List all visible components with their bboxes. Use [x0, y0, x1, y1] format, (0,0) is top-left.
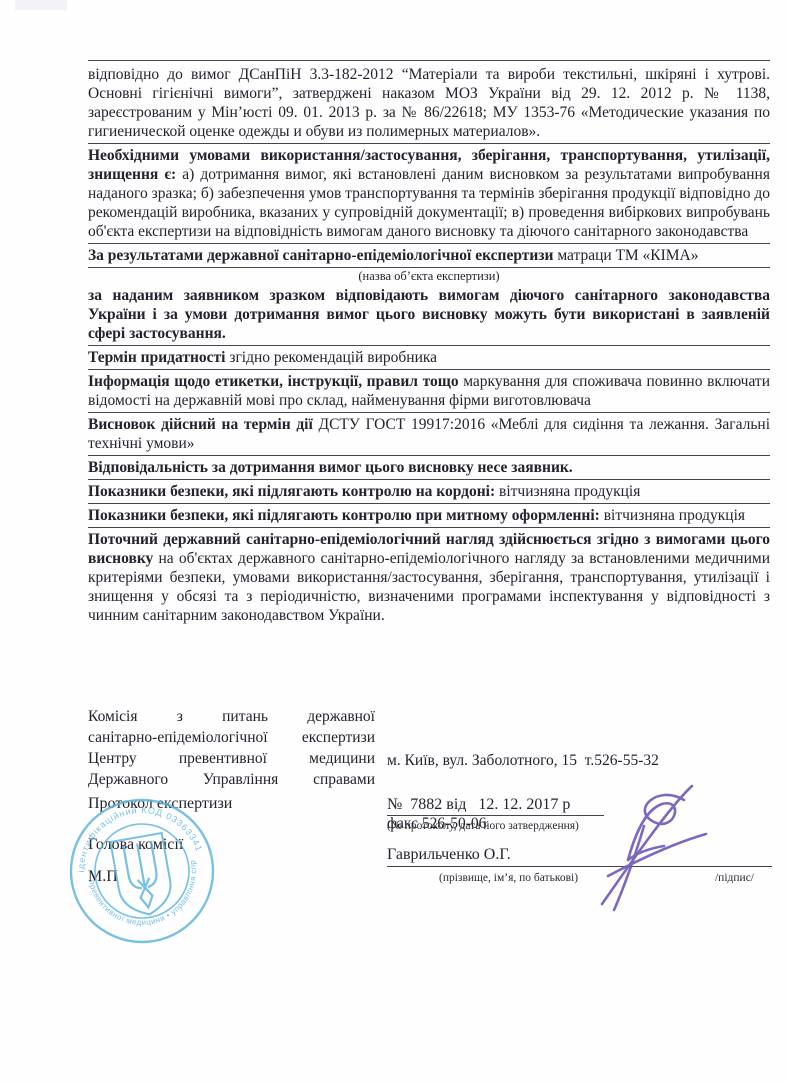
commission-line: Центру превентивної медицини — [88, 748, 375, 769]
commission-block: Комісія з питань державної санітарно-епі… — [88, 706, 375, 790]
protocol-label: Протокол експертизи — [88, 795, 232, 813]
shelf-life-lead: Термін придатності — [88, 349, 225, 366]
section-validity: Висновок дійсний на термін дії ДСТУ ГОСТ… — [88, 413, 770, 456]
expertise-object-paragraph: За результатами державної санітарно-епід… — [88, 246, 770, 265]
conditions-text: а) дотримання вимог, які встановлені дан… — [88, 166, 770, 240]
protocol-number-field: № 7882 від 12. 12. 2017 р — [387, 796, 604, 816]
label-info-lead: Інформація щодо етикетки, інструкції, пр… — [88, 373, 459, 390]
scan-artifact — [15, 0, 67, 10]
customs-control-lead: Показники безпеки, які підлягають контро… — [88, 507, 600, 524]
validity-lead: Висновок дійсний на термін дії — [88, 416, 313, 433]
supervision-paragraph: Поточний державний санітарно-епідеміолог… — [88, 530, 770, 625]
border-control-lead: Показники безпеки, які підлягають контро… — [88, 483, 495, 500]
section-label-info: Інформація щодо етикетки, інструкції, пр… — [88, 370, 770, 413]
conditions-paragraph: Необхідними умовами використання/застосу… — [88, 146, 770, 241]
commission-line: Державного Управління справами — [88, 769, 375, 790]
section-border-control: Показники безпеки, які підлягають контро… — [88, 480, 770, 504]
label-info-paragraph: Інформація щодо етикетки, інструкції, пр… — [88, 372, 770, 410]
signature-captions: (прізвище, ім’я, по батькові) /підпис/ — [387, 872, 772, 884]
chairman-label: Голова комісії — [88, 836, 183, 854]
conclusion-text: за наданим заявником зразком відповідают… — [88, 287, 770, 342]
expertise-object-value: матраци ТМ «КІМА» — [553, 247, 698, 264]
responsibility-text: Відповідальність за дотримання вимог цьо… — [88, 459, 573, 476]
conclusion-paragraph: за наданим заявником зразком відповідают… — [88, 286, 770, 343]
border-control-value: вітчизняна продукція — [495, 483, 640, 500]
stamp-ring-text-bottom: • Центр превентивної медицини • управлін… — [86, 854, 207, 936]
intro-paragraph: відповідно до вимог ДСанПіН 3.3-182-2012… — [88, 65, 770, 141]
customs-control-paragraph: Показники безпеки, які підлягають контро… — [88, 506, 770, 525]
section-shelf-life: Термін придатності згідно рекомендацій в… — [88, 346, 770, 370]
responsibility-paragraph: Відповідальність за дотримання вимог цьо… — [88, 458, 770, 477]
section-customs-control: Показники безпеки, які підлягають контро… — [88, 504, 770, 528]
section-responsibility: Відповідальність за дотримання вимог цьо… — [88, 456, 770, 480]
border-control-paragraph: Показники безпеки, які підлягають контро… — [88, 482, 770, 501]
chairman-name-field: Гаврильченко О.Г. — [387, 846, 772, 867]
protocol-caption: (№ протоколу, дата його затвердження) — [387, 820, 579, 832]
commission-line: санітарно-епідеміологічної експертизи — [88, 727, 375, 748]
section-conditions: Необхідними умовами використання/застосу… — [88, 144, 770, 244]
expertise-form-body: відповідно до вимог ДСанПіН 3.3-182-2012… — [88, 60, 770, 625]
validity-paragraph: Висновок дійсний на термін дії ДСТУ ГОСТ… — [88, 415, 770, 453]
full-name-caption: (прізвище, ім’я, по батькові) — [439, 872, 578, 884]
section-supervision: Поточний державний санітарно-епідеміолог… — [88, 528, 770, 625]
address-line: м. Київ, вул. Заболотного, 15 т.526-55-3… — [387, 750, 727, 771]
section-expertise-object: За результатами державної санітарно-епід… — [88, 244, 770, 268]
stamp-outer-ring — [60, 789, 225, 954]
section-intro: відповідно до вимог ДСанПіН 3.3-182-2012… — [88, 60, 770, 144]
shelf-life-value: згідно рекомендацій виробника — [225, 349, 437, 366]
signature-caption: /підпис/ — [715, 872, 754, 884]
section-conclusion: за наданим заявником зразком відповідают… — [88, 284, 770, 346]
expertise-object-caption: (назва об’єкта експертизи) — [88, 268, 770, 284]
customs-control-value: вітчизняна продукція — [600, 507, 745, 524]
commission-line: Комісія з питань державної — [88, 706, 375, 727]
expertise-object-lead: За результатами державної санітарно-епід… — [88, 247, 553, 264]
seal-place-label: М.П — [88, 868, 118, 886]
svg-text:• Центр превентивної медицини: • Центр превентивної медицини • управлін… — [86, 854, 207, 936]
supervision-text: на об'єктах державного санітарно-епідемі… — [88, 550, 770, 624]
shelf-life-paragraph: Термін придатності згідно рекомендацій в… — [88, 348, 770, 367]
scanned-document-page: відповідно до вимог ДСанПіН 3.3-182-2012… — [0, 0, 788, 1082]
